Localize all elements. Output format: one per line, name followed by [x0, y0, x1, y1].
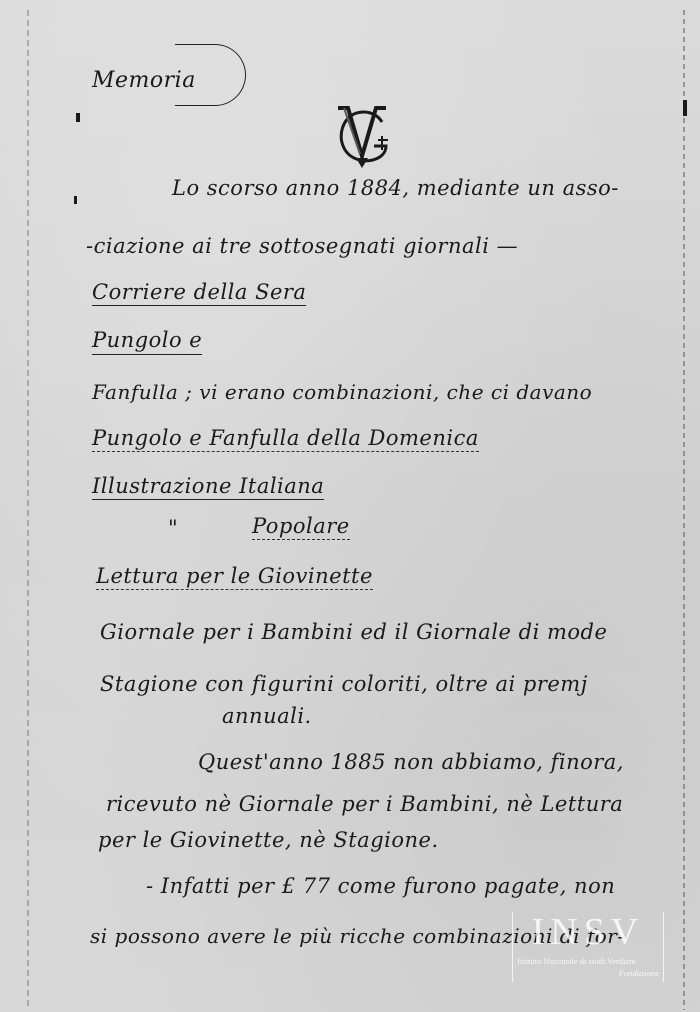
right-fold-line — [683, 10, 685, 1010]
margin-mark — [74, 196, 77, 204]
text-line-infatti: - Infatti per £ 77 come furono pagate, n… — [146, 876, 615, 897]
gv-monogram-icon — [330, 100, 394, 172]
title-bracket — [175, 44, 246, 106]
list-item-stagione: Stagione con figurini coloriti, oltre ai… — [100, 674, 588, 695]
list-item-pungolo-fanfulla-domenica: Pungolo e Fanfulla della Domenica — [92, 428, 479, 452]
list-item-illustrazione: Illustrazione Italiana — [92, 476, 324, 500]
list-item-corriere: Corriere della Sera — [92, 282, 306, 306]
watermark-logo: INSV — [513, 912, 663, 952]
text-line-quest-anno: Quest'anno 1885 non abbiamo, finora, — [198, 752, 624, 773]
text-line-2: -ciazione ai tre sottosegnati giornali — — [86, 236, 518, 257]
text-line-1: Lo scorso anno 1884, mediante un asso- — [172, 178, 619, 199]
margin-mark — [76, 113, 80, 122]
margin-mark — [683, 100, 687, 116]
list-item-giornale-bambini: Giornale per i Bambini ed il Giornale di… — [100, 622, 607, 643]
text-line-giovinette-stagione: per le Giovinette, nè Stagione. — [98, 830, 439, 851]
text-annuali: annuali. — [222, 706, 312, 727]
list-item-pungolo: Pungolo e — [92, 330, 202, 351]
pungolo-underlined: Pungolo e — [92, 328, 202, 355]
left-fold-line — [27, 10, 29, 1010]
list-item-fanfulla: Fanfulla ; vi erano combinazioni, che ci… — [92, 382, 592, 402]
list-item-lettura: Lettura per le Giovinette — [96, 566, 373, 590]
ditto-mark: " — [168, 518, 178, 539]
watermark-institution-name: Istituto Nazionale di studi Verdiani — [517, 956, 661, 966]
watermark-subtitle: Fondazione — [619, 968, 659, 978]
manuscript-page: Memoria Lo scorso anno 1884, mediante un… — [0, 0, 700, 1012]
text-line-ricevuto: ricevuto nè Giornale per i Bambini, nè L… — [106, 794, 623, 815]
archive-watermark: INSV Istituto Nazionale di studi Verdian… — [512, 912, 664, 982]
list-item-popolare: Popolare — [252, 516, 350, 540]
